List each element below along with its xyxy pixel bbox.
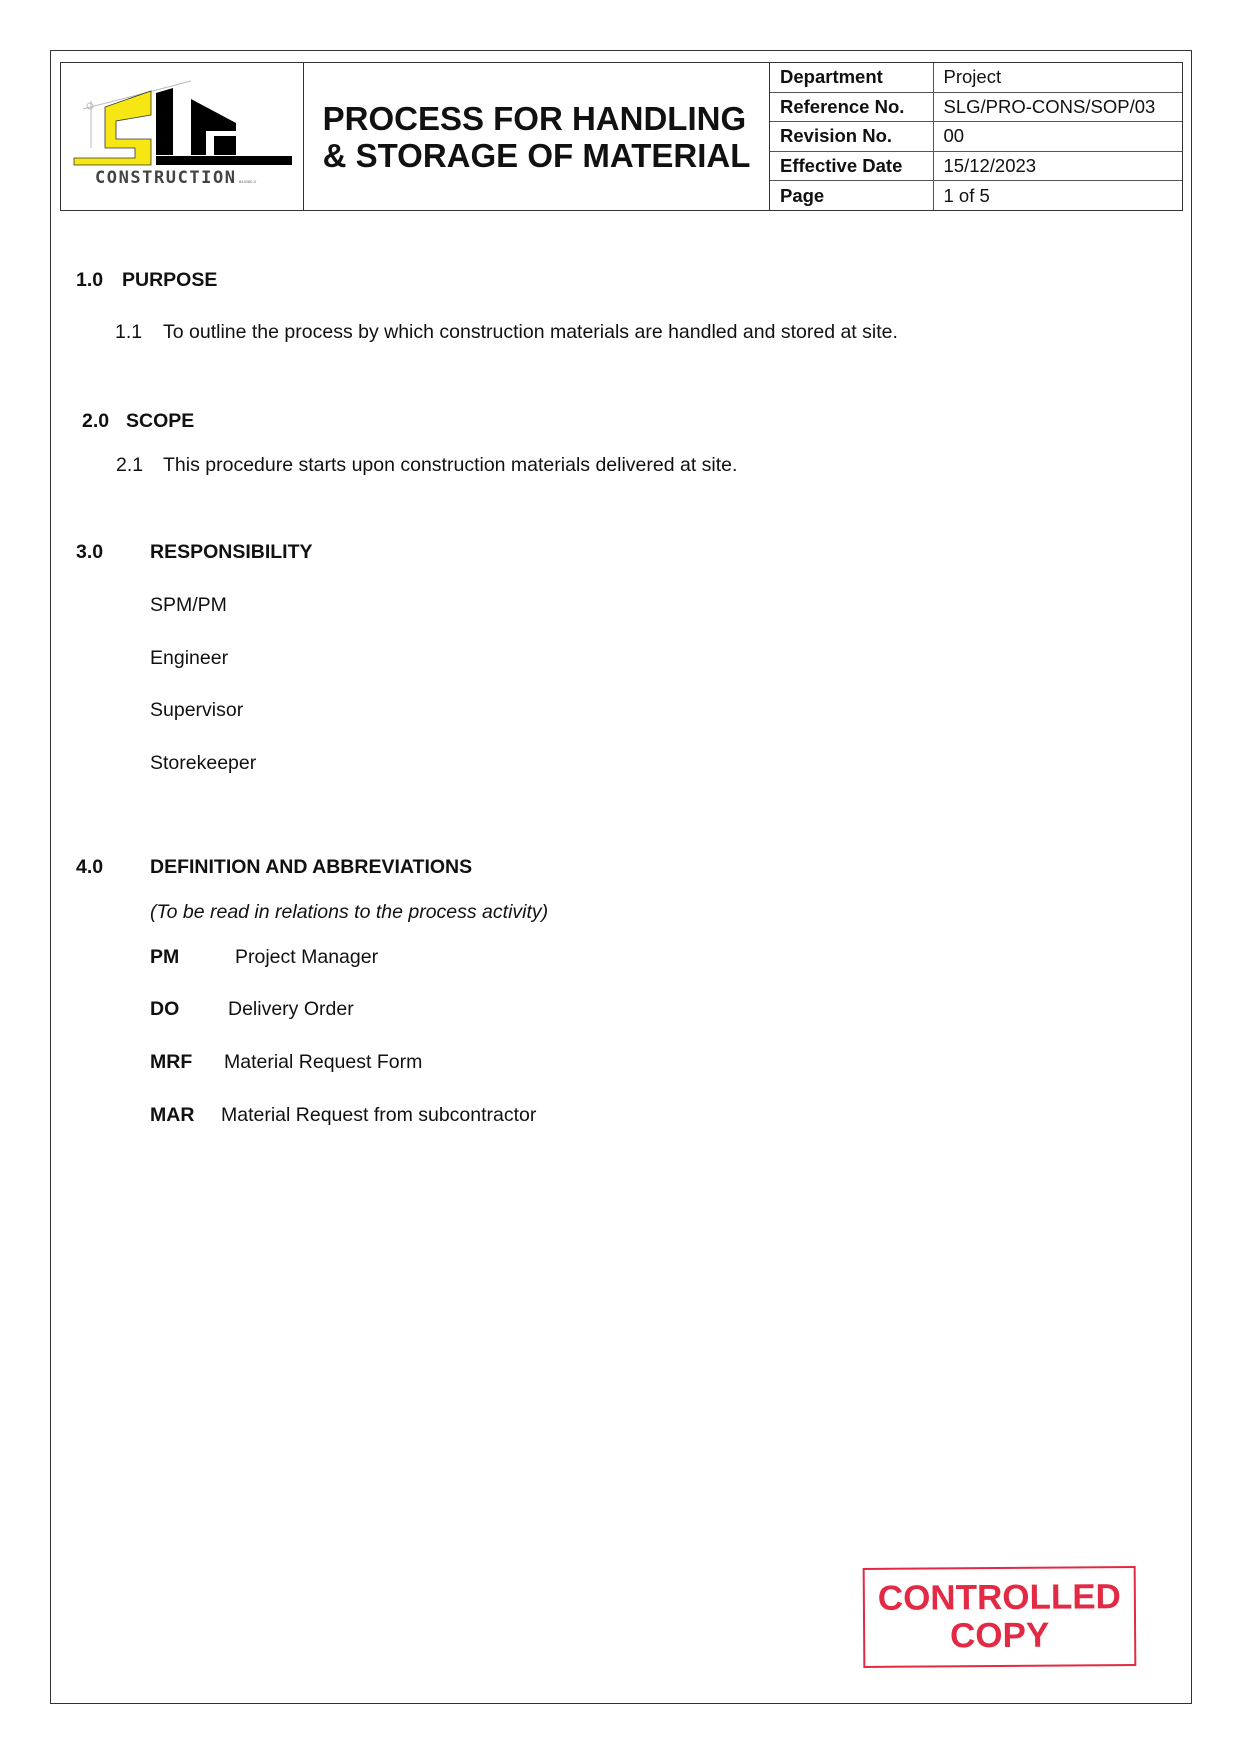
svg-text:844080-V: 844080-V	[239, 179, 257, 184]
controlled-copy-stamp: CONTROLLED COPY	[863, 1566, 1137, 1668]
info-row: Revision No.00	[770, 122, 1182, 151]
logo-cell: CONSTRUCTION 844080-V	[61, 63, 304, 210]
role-item: Supervisor	[150, 699, 243, 721]
term-meaning: Material Request Form	[224, 1051, 422, 1073]
slg-logo-icon: CONSTRUCTION 844080-V	[61, 63, 304, 209]
role-item: SPM/PM	[150, 594, 227, 616]
term-abbr: DO	[150, 998, 179, 1020]
section-number: 3.0	[76, 541, 103, 563]
section-heading-scope: SCOPE	[126, 410, 194, 432]
document-header: CONSTRUCTION 844080-V PROCESS FOR HANDLI…	[60, 62, 1183, 211]
title-cell: PROCESS FOR HANDLING & STORAGE OF MATERI…	[304, 63, 770, 210]
item-text: To outline the process by which construc…	[163, 321, 898, 343]
term-meaning: Project Manager	[235, 946, 378, 968]
definitions-note: (To be read in relations to the process …	[150, 901, 548, 923]
document-info-table: DepartmentProject Reference No.SLG/PRO-C…	[770, 63, 1182, 210]
item-text: This procedure starts upon construction …	[163, 454, 737, 476]
item-number: 2.1	[116, 454, 143, 476]
info-row: Reference No.SLG/PRO-CONS/SOP/03	[770, 92, 1182, 121]
section-number: 1.0	[76, 269, 103, 291]
info-row: Effective Date15/12/2023	[770, 151, 1182, 180]
section-number: 4.0	[76, 856, 103, 878]
section-heading-responsibility: RESPONSIBILITY	[150, 541, 313, 563]
document-title: PROCESS FOR HANDLING & STORAGE OF MATERI…	[323, 100, 751, 174]
logo-sub-text: CONSTRUCTION	[95, 168, 235, 188]
section-heading-definitions: DEFINITION AND ABBREVIATIONS	[150, 856, 472, 878]
term-abbr: MRF	[150, 1051, 192, 1073]
term-meaning: Material Request from subcontractor	[221, 1104, 536, 1126]
item-number: 1.1	[115, 321, 142, 343]
section-number: 2.0	[82, 410, 109, 432]
info-row: DepartmentProject	[770, 63, 1182, 92]
info-row: Page1 of 5	[770, 181, 1182, 210]
role-item: Storekeeper	[150, 752, 256, 774]
term-meaning: Delivery Order	[228, 998, 354, 1020]
role-item: Engineer	[150, 647, 228, 669]
section-heading-purpose: PURPOSE	[122, 269, 217, 291]
term-abbr: PM	[150, 946, 179, 968]
term-abbr: MAR	[150, 1104, 194, 1126]
